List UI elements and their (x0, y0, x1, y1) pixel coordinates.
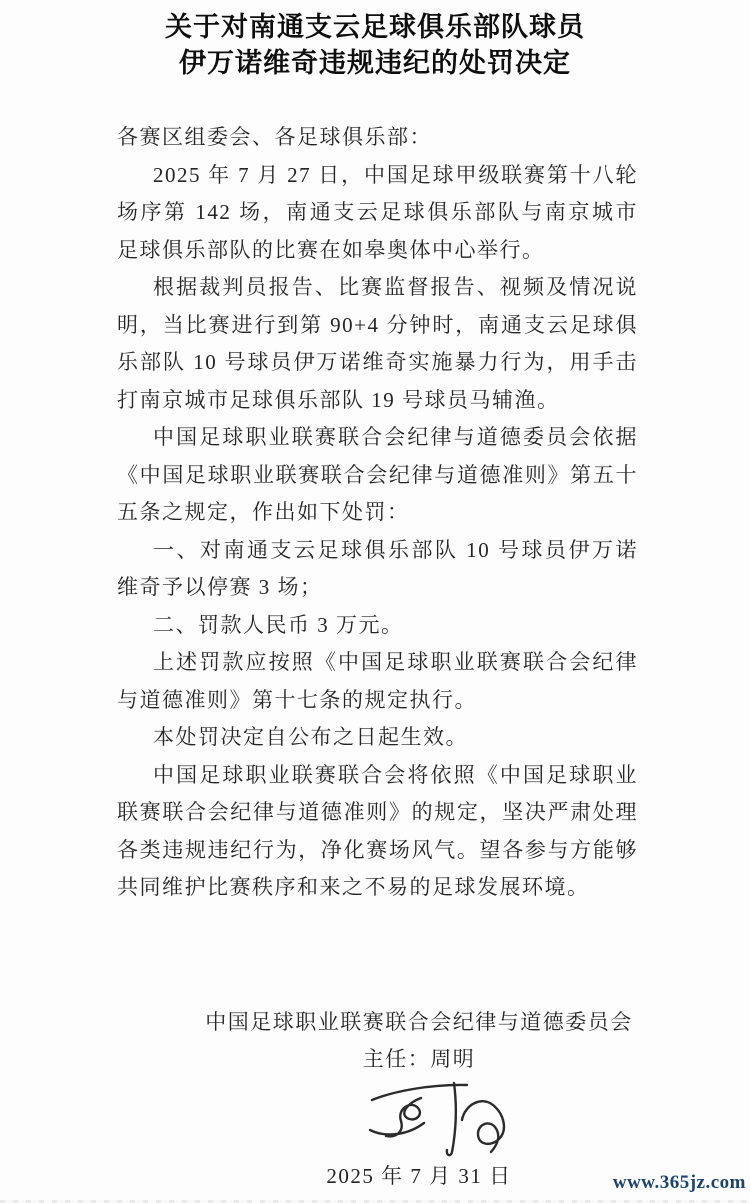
body-paragraph: 根据裁判员报告、比赛监督报告、视频及情况说明，当比赛进行到第 90+4 分钟时，… (117, 269, 638, 419)
body-paragraph: 中国足球职业联赛联合会将依照《中国足球职业联赛联合会纪律与道德准则》的规定，坚决… (117, 757, 638, 907)
committee-name: 中国足球职业联赛联合会纪律与道德委员会 (88, 1004, 750, 1042)
signature-ink-icon (366, 1076, 516, 1161)
handwritten-signature (88, 1076, 750, 1158)
body-paragraph: 上述罚款应按照《中国足球职业联赛联合会纪律与道德准则》第十七条的规定执行。 (117, 644, 638, 719)
document-body: 各赛区组委会、各足球俱乐部： 2025 年 7 月 27 日，中国足球甲级联赛第… (117, 119, 638, 907)
signer-line: 主任：周明 (88, 1041, 750, 1079)
body-paragraph: 2025 年 7 月 27 日，中国足球甲级联赛第十八轮场序第 142 场，南通… (117, 157, 638, 270)
title-line-2: 伊万诺维奇违规违纪的处罚决定 (179, 48, 571, 78)
body-paragraph: 本处罚决定自公布之日起生效。 (117, 719, 638, 757)
paragraph-list: 2025 年 7 月 27 日，中国足球甲级联赛第十八轮场序第 142 场，南通… (117, 157, 638, 907)
salutation-line: 各赛区组委会、各足球俱乐部： (117, 119, 638, 157)
title-line-1: 关于对南通支云足球俱乐部队球员 (165, 12, 585, 42)
document-page: 关于对南通支云足球俱乐部队球员 伊万诺维奇违规违纪的处罚决定 各赛区组委会、各足… (0, 0, 750, 1203)
watermark-text: www.365jz.com (613, 1172, 746, 1194)
signature-block: 中国足球职业联赛联合会纪律与道德委员会 主任：周明 2025 年 7 月 31 … (0, 1004, 750, 1196)
body-paragraph: 二、罚款人民币 3 万元。 (117, 607, 638, 645)
body-paragraph: 中国足球职业联赛联合会纪律与道德委员会依据《中国足球职业联赛联合会纪律与道德准则… (117, 419, 638, 532)
document-title: 关于对南通支云足球俱乐部队球员 伊万诺维奇违规违纪的处罚决定 (0, 0, 750, 81)
body-paragraph: 一、对南通支云足球俱乐部队 10 号球员伊万诺维奇予以停赛 3 场； (117, 532, 638, 607)
